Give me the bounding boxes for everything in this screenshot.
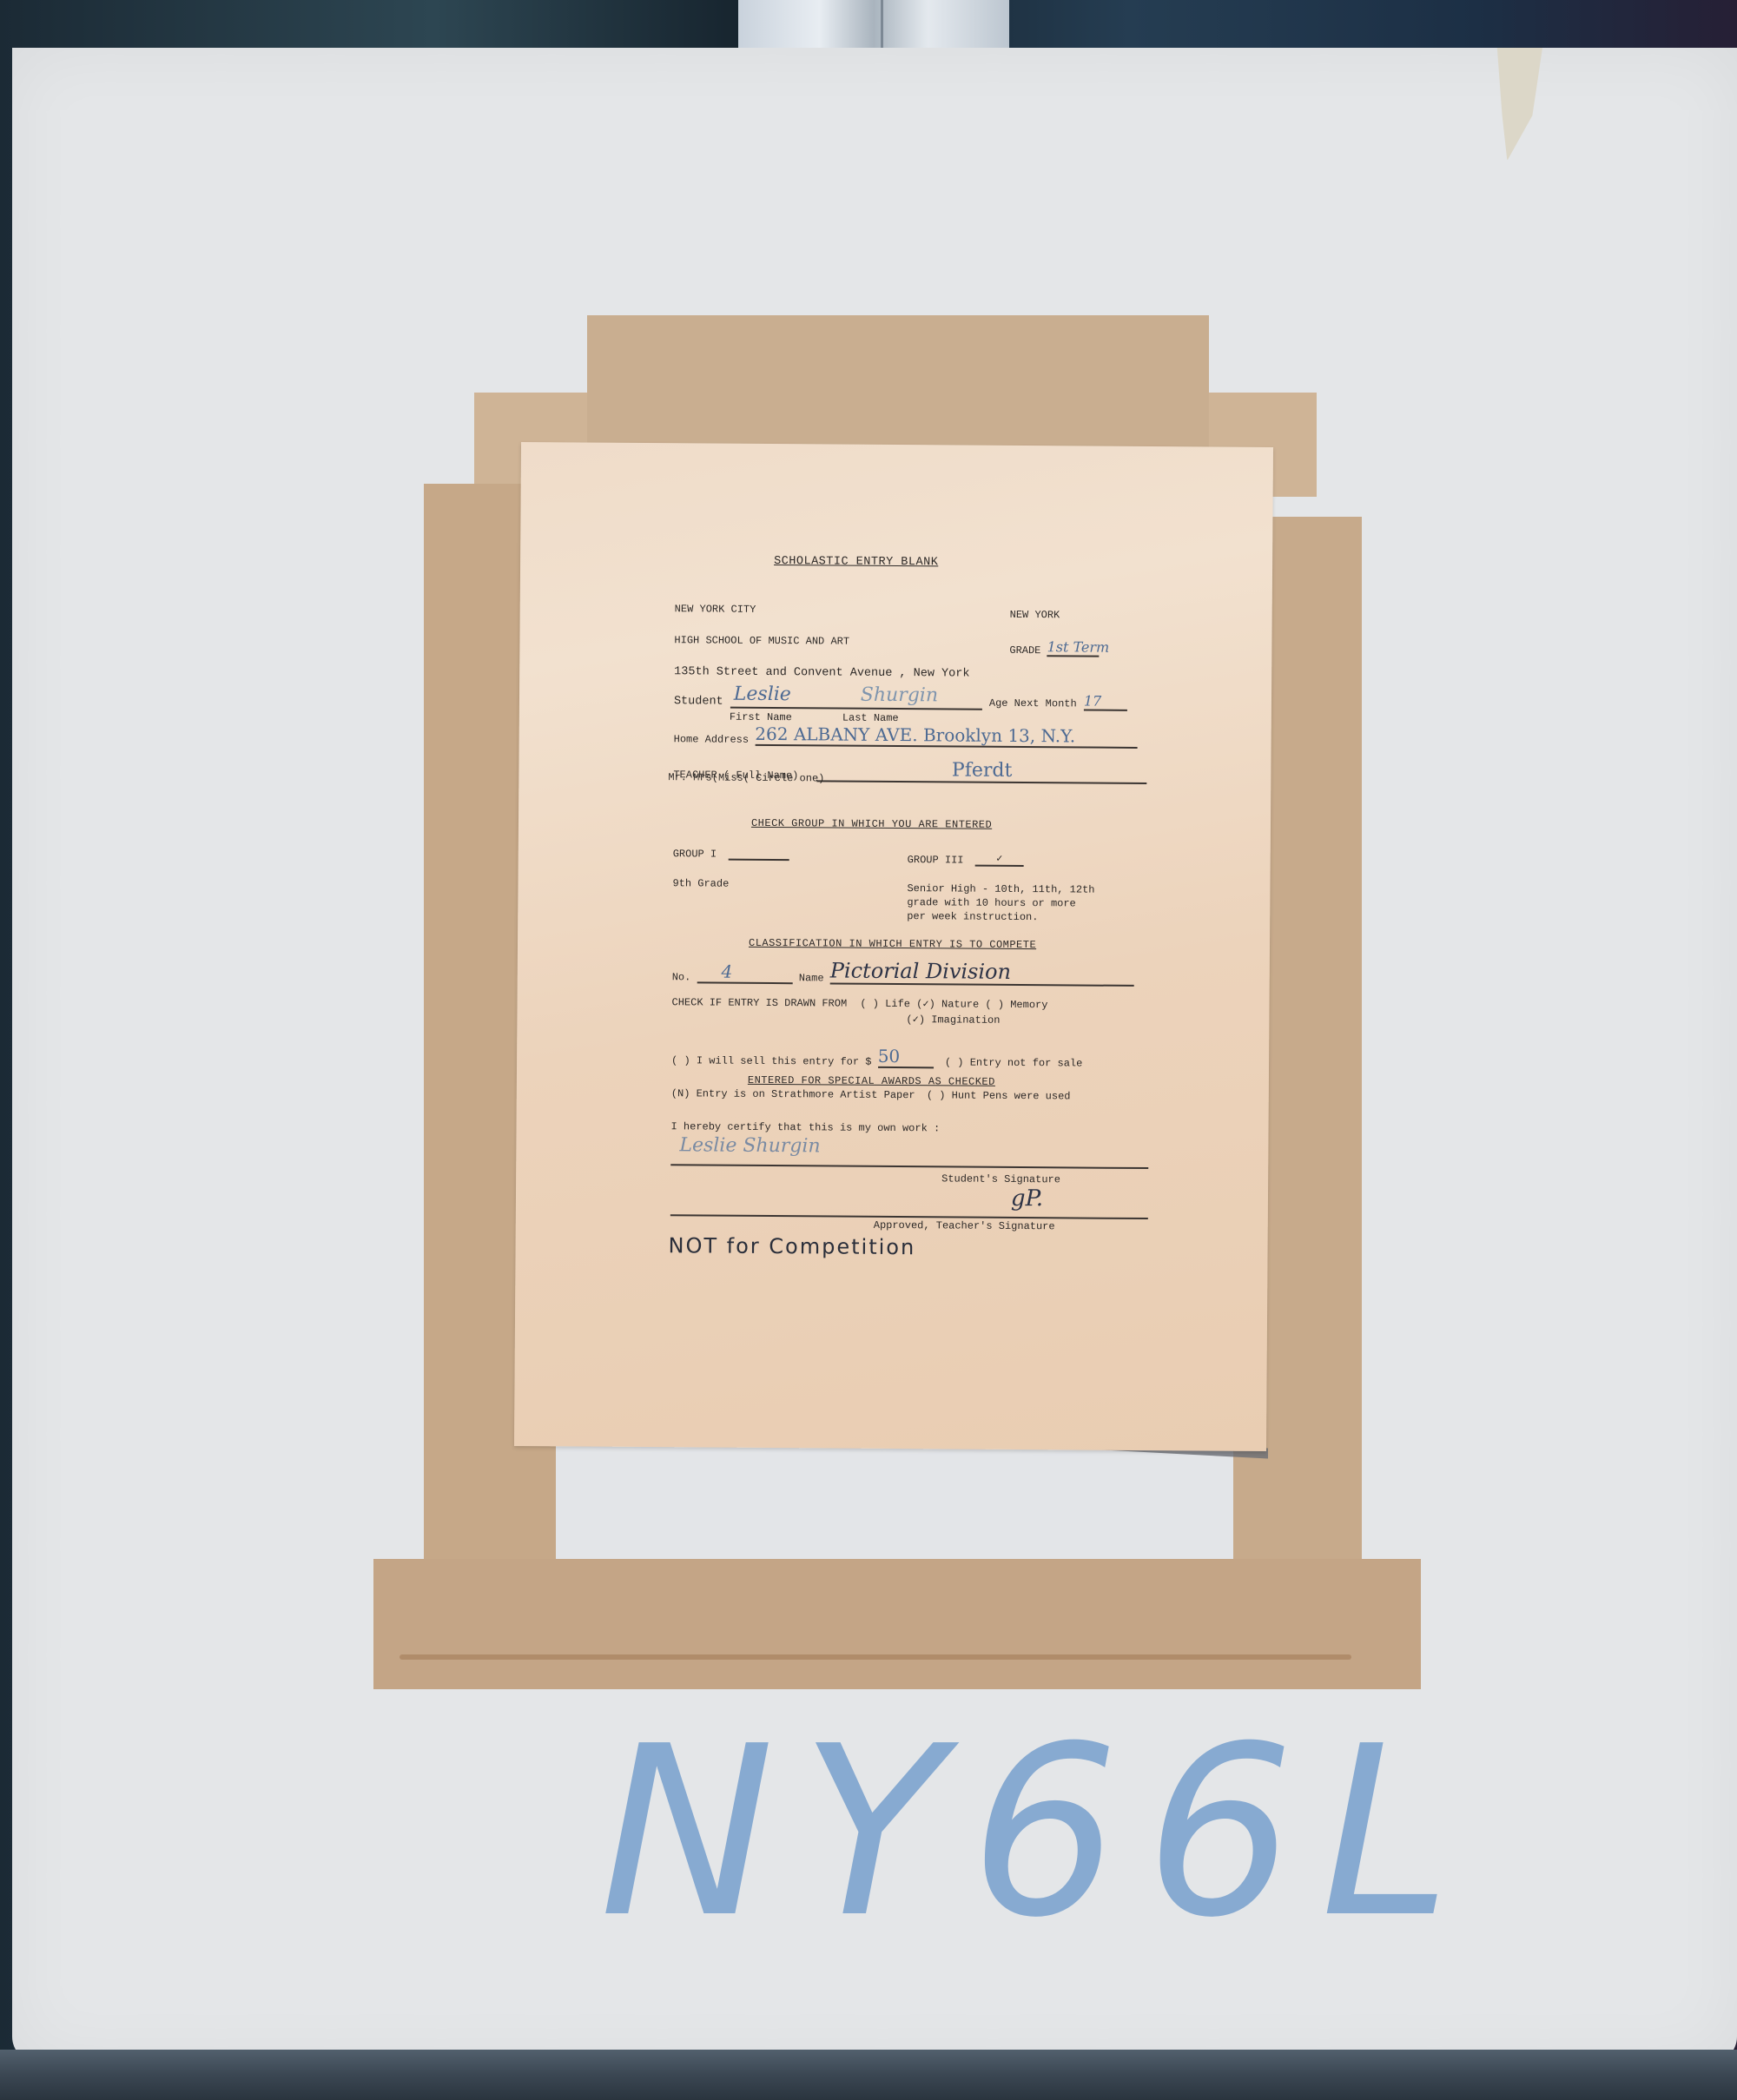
- certify-statement: I hereby certify that this is my own wor…: [670, 1120, 940, 1134]
- hunt-pens-option: ( ) Hunt Pens were used: [927, 1089, 1071, 1102]
- city-left: NEW YORK CITY: [675, 603, 756, 616]
- not-for-sale: ( ) Entry not for sale: [945, 1056, 1083, 1069]
- board-marking: NY66L: [599, 1702, 1364, 1963]
- no-value: 4: [697, 961, 793, 984]
- drawn-from-label: CHECK IF ENTRY IS DRAWN FROM: [671, 996, 847, 1009]
- form-title: SCHOLASTIC ENTRY BLANK: [774, 555, 938, 569]
- drawn-imagination: (✓) Imagination: [906, 1013, 1000, 1027]
- grade-value: 1st Term: [1047, 638, 1100, 657]
- student-label: Student: [674, 695, 723, 708]
- group3-check: ✓: [975, 852, 1024, 867]
- drawn-life: ( ) Life: [860, 998, 910, 1010]
- grade-field: GRADE 1st Term: [1009, 638, 1099, 657]
- grade-label: GRADE: [1009, 644, 1040, 657]
- student-name-line: Leslie Shurgin: [730, 707, 982, 710]
- no-label: No.: [672, 971, 691, 983]
- board-window: [556, 1433, 1233, 1563]
- easel-clip: [738, 0, 1009, 52]
- student-first-name: Leslie: [734, 683, 791, 705]
- classification-heading: CLASSIFICATION IN WHICH ENTRY IS TO COMP…: [749, 937, 1036, 951]
- special-awards-row: (N) Entry is on Strathmore Artist Paper …: [671, 1087, 1071, 1102]
- classification-row: No. 4 Name Pictorial Division: [672, 957, 1134, 987]
- student-row: Student Leslie Shurgin Age Next Month 17: [674, 690, 1127, 711]
- group3-label: GROUP III: [908, 854, 964, 866]
- drawn-memory: ( ) Memory: [985, 999, 1047, 1012]
- student-signature-caption: Student's Signature: [941, 1172, 1060, 1185]
- student-signature-line: [670, 1164, 1148, 1169]
- age-label: Age Next Month: [989, 697, 1077, 710]
- group3-row: GROUP III ✓: [908, 851, 1024, 867]
- student-signature: Leslie Shurgin: [679, 1134, 820, 1157]
- group1-description: 9th Grade: [672, 877, 729, 889]
- first-name-caption: First Name: [730, 711, 792, 724]
- sell-label: ( ) I will sell this entry for $: [671, 1054, 872, 1068]
- age-value: 17: [1084, 693, 1127, 711]
- name-value: Pictorial Division: [830, 958, 1134, 986]
- teacher-value: Pferdt: [817, 758, 1147, 784]
- group3-description-3: per week instruction.: [907, 910, 1038, 923]
- tape-crease: [400, 1654, 1351, 1660]
- easel-clip-divider: [881, 0, 883, 52]
- school-address: 135th Street and Convent Avenue , New Yo…: [674, 665, 969, 680]
- home-address-row: Home Address 262 ALBANY AVE. Brooklyn 13…: [674, 723, 1138, 749]
- name-label: Name: [799, 972, 824, 984]
- easel-ledge: [0, 2050, 1737, 2100]
- drawn-from-row: CHECK IF ENTRY IS DRAWN FROM ( ) Life (✓…: [671, 995, 1047, 1011]
- tape-bottom: [373, 1559, 1421, 1689]
- tape-top: [587, 315, 1209, 463]
- group3-description-2: grade with 10 hours or more: [907, 896, 1076, 909]
- competition-note: NOT for Competition: [668, 1233, 915, 1259]
- student-last-name: Shurgin: [861, 684, 938, 707]
- strathmore-option: (N) Entry is on Strathmore Artist Paper: [671, 1087, 915, 1101]
- home-address-value: 262 ALBANY AVE. Brooklyn 13, N.Y.: [755, 723, 1137, 749]
- last-name-caption: Last Name: [842, 712, 899, 724]
- home-address-label: Home Address: [674, 733, 750, 746]
- teacher-signature-caption: Approved, Teacher's Signature: [874, 1219, 1055, 1232]
- salutation-label: Mr. Mrs(Miss( Circle one): [668, 771, 824, 784]
- group3-description-1: Senior High - 10th, 11th, 12th: [907, 882, 1094, 896]
- state-right: NEW YORK: [1010, 609, 1060, 621]
- special-awards-heading: ENTERED FOR SPECIAL AWARDS AS CHECKED: [748, 1074, 995, 1088]
- drawn-nature: (✓) Nature: [916, 998, 979, 1011]
- group1-label: GROUP I: [673, 848, 717, 860]
- group1-row: GROUP I: [673, 848, 789, 861]
- scholastic-entry-blank: SCHOLASTIC ENTRY BLANK NEW YORK CITY NEW…: [514, 442, 1273, 1451]
- group-heading: CHECK GROUP IN WHICH YOU ARE ENTERED: [751, 817, 992, 831]
- sell-price: 50: [878, 1046, 934, 1068]
- teacher-signature: gP.: [1011, 1185, 1043, 1212]
- group1-blank: [728, 859, 789, 861]
- school-name: HIGH SCHOOL OF MUSIC AND ART: [674, 634, 849, 647]
- sale-row: ( ) I will sell this entry for $ 50 ( ) …: [671, 1044, 1082, 1069]
